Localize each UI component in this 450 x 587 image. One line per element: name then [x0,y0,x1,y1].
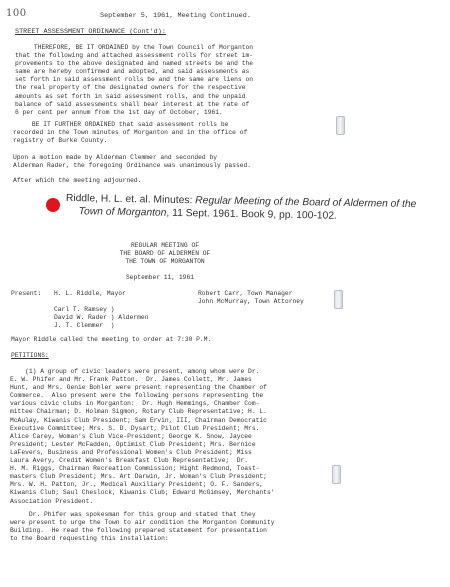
text-line: Alice Carey, Woman's Club Vice-President… [10,433,275,441]
ordinance-paragraph-1: THEREFORE, BE IT ORDAINED by the Town Co… [15,44,253,117]
call-to-order-text: Mayor Riddle called the meeting to order… [11,336,211,344]
petitions-heading: PETITIONS: [11,352,49,360]
staff-member: Robert Carr, Town Manager [198,290,304,298]
text-line: Building. He read the following prepared… [10,527,275,535]
text-line: various civic clubs in Morganton: Dr. Hu… [10,400,275,408]
text-line: registry of Burke County. [13,137,247,145]
page-number: 100 [6,8,27,19]
alderman: David W. Rader ) Aldermen [54,314,148,322]
text-line: Kiwanis Club; Saul Cheslock, Kiwanis Clu… [10,489,275,497]
text-line: set forth in said assessment rolls be an… [15,76,253,84]
text-line: Executive Committee; Mrs. S. D. Dysart, … [10,425,275,433]
text-line: amounts as set forth in said assessment … [15,93,253,101]
text-line: McAulay, Kiwanis Club President; Sam Erv… [10,417,275,425]
meeting-title-block: REGULAR MEETING OF THE BOARD OF ALDERMEN… [0,242,330,266]
text-line: Laura Avery, Credit Women's Breakfast Cl… [10,457,275,465]
text-line: recorded in the Town minutes of Morganto… [13,129,247,137]
meeting-date: September 11, 1961 [126,274,194,282]
text-line: Alderman Rader, the foregoing Ordinance … [13,162,251,170]
meeting-title-line: THE TOWN OF MORGANTON [0,258,330,266]
text-line: the real property of the designated owne… [15,84,253,92]
staff-member: John McMurray, Town Attorney [198,298,304,306]
text-line: (1) A group of civic leaders were presen… [10,368,275,376]
ordinance-paragraph-2: BE IT FURTHER ORDAINED that said assessm… [13,121,247,145]
adjourned-text: After which the meeting adjourned. [13,177,141,185]
text-line: H. M. Riggs, Chairman Recreation Commiss… [10,465,275,473]
staff-list: Robert Carr, Town Manager John McMurray,… [198,290,304,306]
alderman: Carl T. Ramsey ) [54,306,148,314]
text-line: masters Club President; Mrs. Art Darwin,… [10,473,275,481]
text-line: BE IT FURTHER ORDAINED that said assessm… [13,121,247,129]
text-line: same are hereby confirmed and adopted, a… [15,68,253,76]
citation: Riddle, H. L. et. al. Minutes: Regular M… [66,193,417,224]
text-line: LaFevers, Business and Professional Wome… [10,449,275,457]
text-line: mittee Chairman; D. Holman Sigmon, Rotar… [10,408,275,416]
text-line: 6 per cent per annum from the 1st day of… [15,109,253,117]
meeting-title-line: REGULAR MEETING OF [0,242,330,250]
text-line: Dr. Phifer was spokesman for this group … [10,511,275,519]
alderman: J. T. Clemmer ) [54,322,148,330]
present-label: Present: [11,290,41,298]
text-line: Hunt, and Mrs. Genie Bohler were present… [10,384,275,392]
petition-paragraph-2: Dr. Phifer was spokesman for this group … [10,511,275,543]
binder-tab-icon [334,290,343,309]
text-line: E. W. Phifer and Mr. Frank Patton. Dr. J… [10,376,275,384]
text-line: that the following and attached assessme… [15,52,253,60]
meeting-title-line: THE BOARD OF ALDERMEN OF [0,250,330,258]
text-line: THEREFORE, BE IT ORDAINED by the Town Co… [15,44,253,52]
text-line: President; Lester McFadden, Optimist Clu… [10,441,275,449]
section-heading-street-assessment: STREET ASSESSMENT ORDINANCE (Cont'd): [15,28,166,36]
text-line: Upon a motion made by Alderman Clemmer a… [13,154,251,162]
binder-tab-icon [332,465,341,484]
text-line: Association President. [10,498,275,506]
petition-paragraph-1: (1) A group of civic leaders were presen… [10,368,275,506]
motion-paragraph: Upon a motion made by Alderman Clemmer a… [13,154,251,170]
text-line: Commerce. Also present were the followin… [10,392,275,400]
aldermen-list: Carl T. Ramsey ) David W. Rader ) Alderm… [54,306,148,330]
text-line: were present to urge the Town to air con… [10,519,275,527]
text-line: to the Board requesting this installatio… [10,535,275,543]
text-line: Mrs. W. H. Patton, Jr., Medical Auxiliar… [10,481,275,489]
page-header: September 5, 1961, Meeting Continued. [100,12,251,20]
red-dot-marker-icon [46,198,60,212]
text-line: balance of said assessments shall bear i… [15,101,253,109]
mayor-name: H. L. Riddle, Mayor [54,290,126,298]
text-line: provements to the above designated and n… [15,60,253,68]
binder-tab-icon [336,116,345,135]
